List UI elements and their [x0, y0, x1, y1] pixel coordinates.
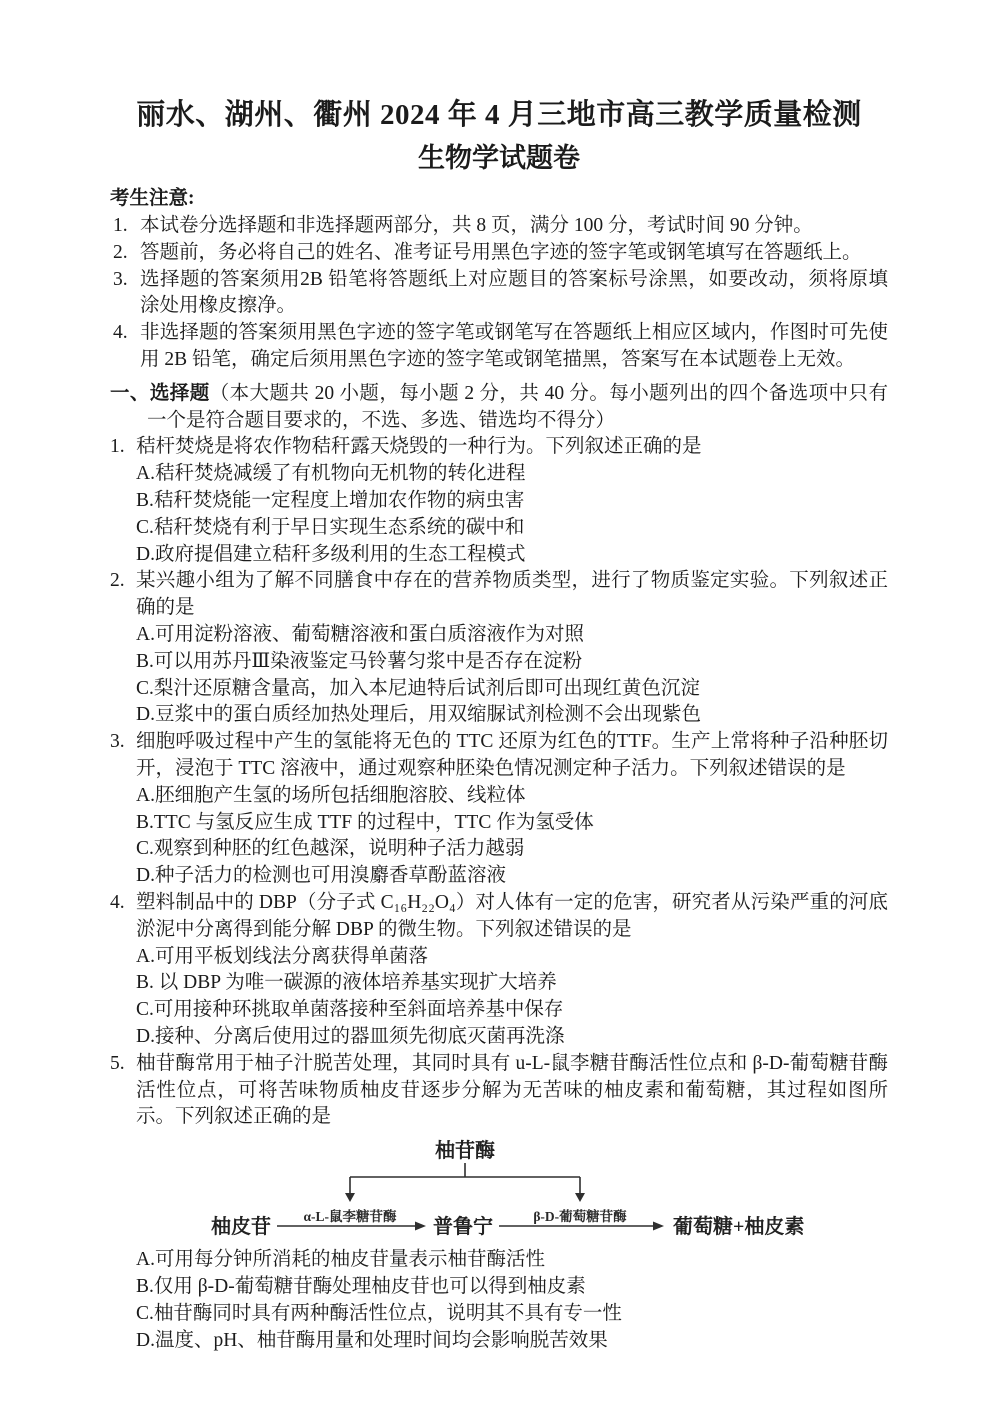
option-b: B.TTC 与氢反应生成 TTF 的过程中，TTC 作为氢受体: [136, 810, 888, 837]
notice-text: 本试卷分选择题和非选择题两部分，共 8 页，满分 100 分，考试时间 90 分…: [140, 215, 813, 236]
option-a: A.可用淀粉溶液、葡萄糖溶液和蛋白质溶液作为对照: [136, 622, 888, 649]
bracket-arrowhead-right: [575, 1193, 585, 1202]
question-number: 1.: [110, 434, 125, 461]
section-desc: （本大题共 20 小题，每小题 2 分，共 40 分。每小题列出的四个备选项中只…: [147, 383, 888, 431]
option-d: D.种子活力的检测也可用溴麝香草酚蓝溶液: [136, 863, 888, 890]
bracket-line: [350, 1163, 580, 1194]
question-stem: 柚苷酶常用于柚子汁脱苦处理，其同时具有 u-L-鼠李糖苷酶活性位点和 β-D-葡…: [136, 1051, 888, 1131]
option-c: C.可用接种环挑取单菌落接种至斜面培养基中保存: [136, 997, 888, 1024]
enzyme1-label: α-L-鼠李糖苷酶: [303, 1208, 397, 1224]
bracket-arrowhead-left: [345, 1193, 355, 1202]
question-block-3: 3. 细胞呼吸过程中产生的氢能将无色的 TTC 还原为红色的TTF。生产上常将种…: [110, 729, 888, 890]
question-block-4: 4. 塑料制品中的 DBP（分子式 C₁₆H₂₂O₄）对人体有一定的危害，研究者…: [110, 890, 888, 1051]
option-b: B.秸秆焚烧能一定程度上增加农作物的病虫害: [136, 488, 888, 515]
intermediate-label: 普鲁宁: [433, 1214, 493, 1238]
notice-heading: 考生注意:: [110, 186, 888, 213]
section-heading: 一、选择题（本大题共 20 小题，每小题 2 分，共 40 分。每小题列出的四个…: [110, 381, 888, 435]
option-c: C.观察到种胚的红色越深，说明种子活力越弱: [136, 836, 888, 863]
question-number: 2.: [110, 568, 125, 595]
question-number: 4.: [110, 890, 125, 917]
question-stem: 秸杆焚烧是将农作物秸秆露天烧毁的一种行为。下列叙述正确的是: [136, 434, 888, 461]
option-c: C.柚苷酶同时具有两种酶活性位点，说明其不具有专一性: [136, 1301, 888, 1328]
option-b: B. 以 DBP 为唯一碳源的液体培养基实现扩大培养: [136, 970, 888, 997]
question-stem: 细胞呼吸过程中产生的氢能将无色的 TTC 还原为红色的TTF。生产上常将种子沿种…: [136, 729, 888, 783]
option-b: B.仅用 β-D-葡萄糖苷酶处理柚皮苷也可以得到柚皮素: [136, 1274, 888, 1301]
reaction-arrowhead-1: [415, 1222, 426, 1231]
option-d: D.接种、分离后使用过的器皿须先彻底灭菌再洗涤: [136, 1024, 888, 1051]
exam-title: 丽水、湖州、衢州 2024 年 4 月三地市高三教学质量检测: [110, 96, 888, 135]
option-c: C.秸秆焚烧有利于早日实现生态系统的碳中和: [136, 515, 888, 542]
option-a: A.可用平板划线法分离获得单菌落: [136, 944, 888, 971]
option-d: D.温度、pH、柚苷酶用量和处理时间均会影响脱苦效果: [136, 1328, 888, 1355]
question-block-5: 5. 柚苷酶常用于柚子汁脱苦处理，其同时具有 u-L-鼠李糖苷酶活性位点和 β-…: [110, 1051, 888, 1355]
notice-text: 答题前，务必将自己的姓名、准考证号用黑色字迹的签字笔或钢笔填写在答题纸上。: [140, 242, 862, 263]
notice-list: 1. 本试卷分选择题和非选择题两部分，共 8 页，满分 100 分，考试时间 9…: [110, 213, 888, 374]
notice-number: 3.: [113, 267, 128, 294]
question-block-1: 1. 秸杆焚烧是将农作物秸秆露天烧毁的一种行为。下列叙述正确的是 A.秸秆焚烧减…: [110, 434, 888, 568]
products-label: 葡萄糖+柚皮素: [673, 1214, 804, 1238]
exam-subtitle: 生物学试题卷: [110, 141, 888, 176]
substrate-label: 柚皮苷: [211, 1214, 271, 1238]
notice-number: 4.: [113, 320, 128, 347]
notice-number: 2.: [113, 240, 128, 267]
option-c: C.梨汁还原糖含量高，加入本尼迪特后试剂后即可出现红黄色沉淀: [136, 676, 888, 703]
option-a: A.秸秆焚烧减缓了有机物向无机物的转化进程: [136, 461, 888, 488]
question-stem: 塑料制品中的 DBP（分子式 C₁₆H₂₂O₄）对人体有一定的危害，研究者从污染…: [136, 890, 888, 944]
notice-item: 2. 答题前，务必将自己的姓名、准考证号用黑色字迹的签字笔或钢笔填写在答题纸上。: [110, 240, 888, 267]
section-label: 一、选择题: [110, 383, 210, 404]
notice-text: 选择题的答案须用2B 铅笔将答题纸上对应题目的答案标号涂黑，如要改动，须将原填涂…: [140, 269, 888, 317]
question-number: 3.: [110, 729, 125, 756]
reaction-arrowhead-2: [653, 1222, 664, 1231]
notice-item: 3. 选择题的答案须用2B 铅笔将答题纸上对应题目的答案标号涂黑，如要改动，须将…: [110, 267, 888, 321]
option-d: D.豆浆中的蛋白质经加热处理后，用双缩脲试剂检测不会出现紫色: [136, 702, 888, 729]
question-stem: 某兴趣小组为了解不同膳食中存在的营养物质类型，进行了物质鉴定实验。下列叙述正确的…: [136, 568, 888, 622]
reaction-diagram: 柚苷酶 柚皮苷 α-L-鼠李糖苷酶 普鲁宁 β-D-葡萄糖苷酶 葡萄糖+柚皮素: [136, 1131, 888, 1247]
enzyme-top-label: 柚苷酶: [435, 1138, 495, 1162]
notice-text: 非选择题的答案须用黑色字迹的签字笔或钢笔写在答题纸上相应区域内，作图时可先使用 …: [140, 322, 888, 370]
option-d: D.政府提倡建立秸秆多级利用的生态工程模式: [136, 542, 888, 569]
notice-item: 1. 本试卷分选择题和非选择题两部分，共 8 页，满分 100 分，考试时间 9…: [110, 213, 888, 240]
enzyme2-label: β-D-葡萄糖苷酶: [533, 1208, 627, 1224]
question-block-2: 2. 某兴趣小组为了解不同膳食中存在的营养物质类型，进行了物质鉴定实验。下列叙述…: [110, 568, 888, 729]
option-b: B.可以用苏丹Ⅲ染液鉴定马铃薯匀浆中是否存在淀粉: [136, 649, 888, 676]
question-number: 5.: [110, 1051, 125, 1078]
option-a: A.胚细胞产生氢的场所包括细胞溶胶、线粒体: [136, 783, 888, 810]
reaction-diagram-svg: 柚苷酶 柚皮苷 α-L-鼠李糖苷酶 普鲁宁 β-D-葡萄糖苷酶 葡萄糖+柚皮素: [203, 1137, 821, 1243]
notice-number: 1.: [113, 213, 128, 240]
exam-paper-page: 丽水、湖州、衢州 2024 年 4 月三地市高三教学质量检测 生物学试题卷 考生…: [0, 0, 1000, 1413]
notice-item: 4. 非选择题的答案须用黑色字迹的签字笔或钢笔写在答题纸上相应区域内，作图时可先…: [110, 320, 888, 374]
option-a: A.可用每分钟所消耗的柚皮苷量表示柚苷酶活性: [136, 1247, 888, 1274]
